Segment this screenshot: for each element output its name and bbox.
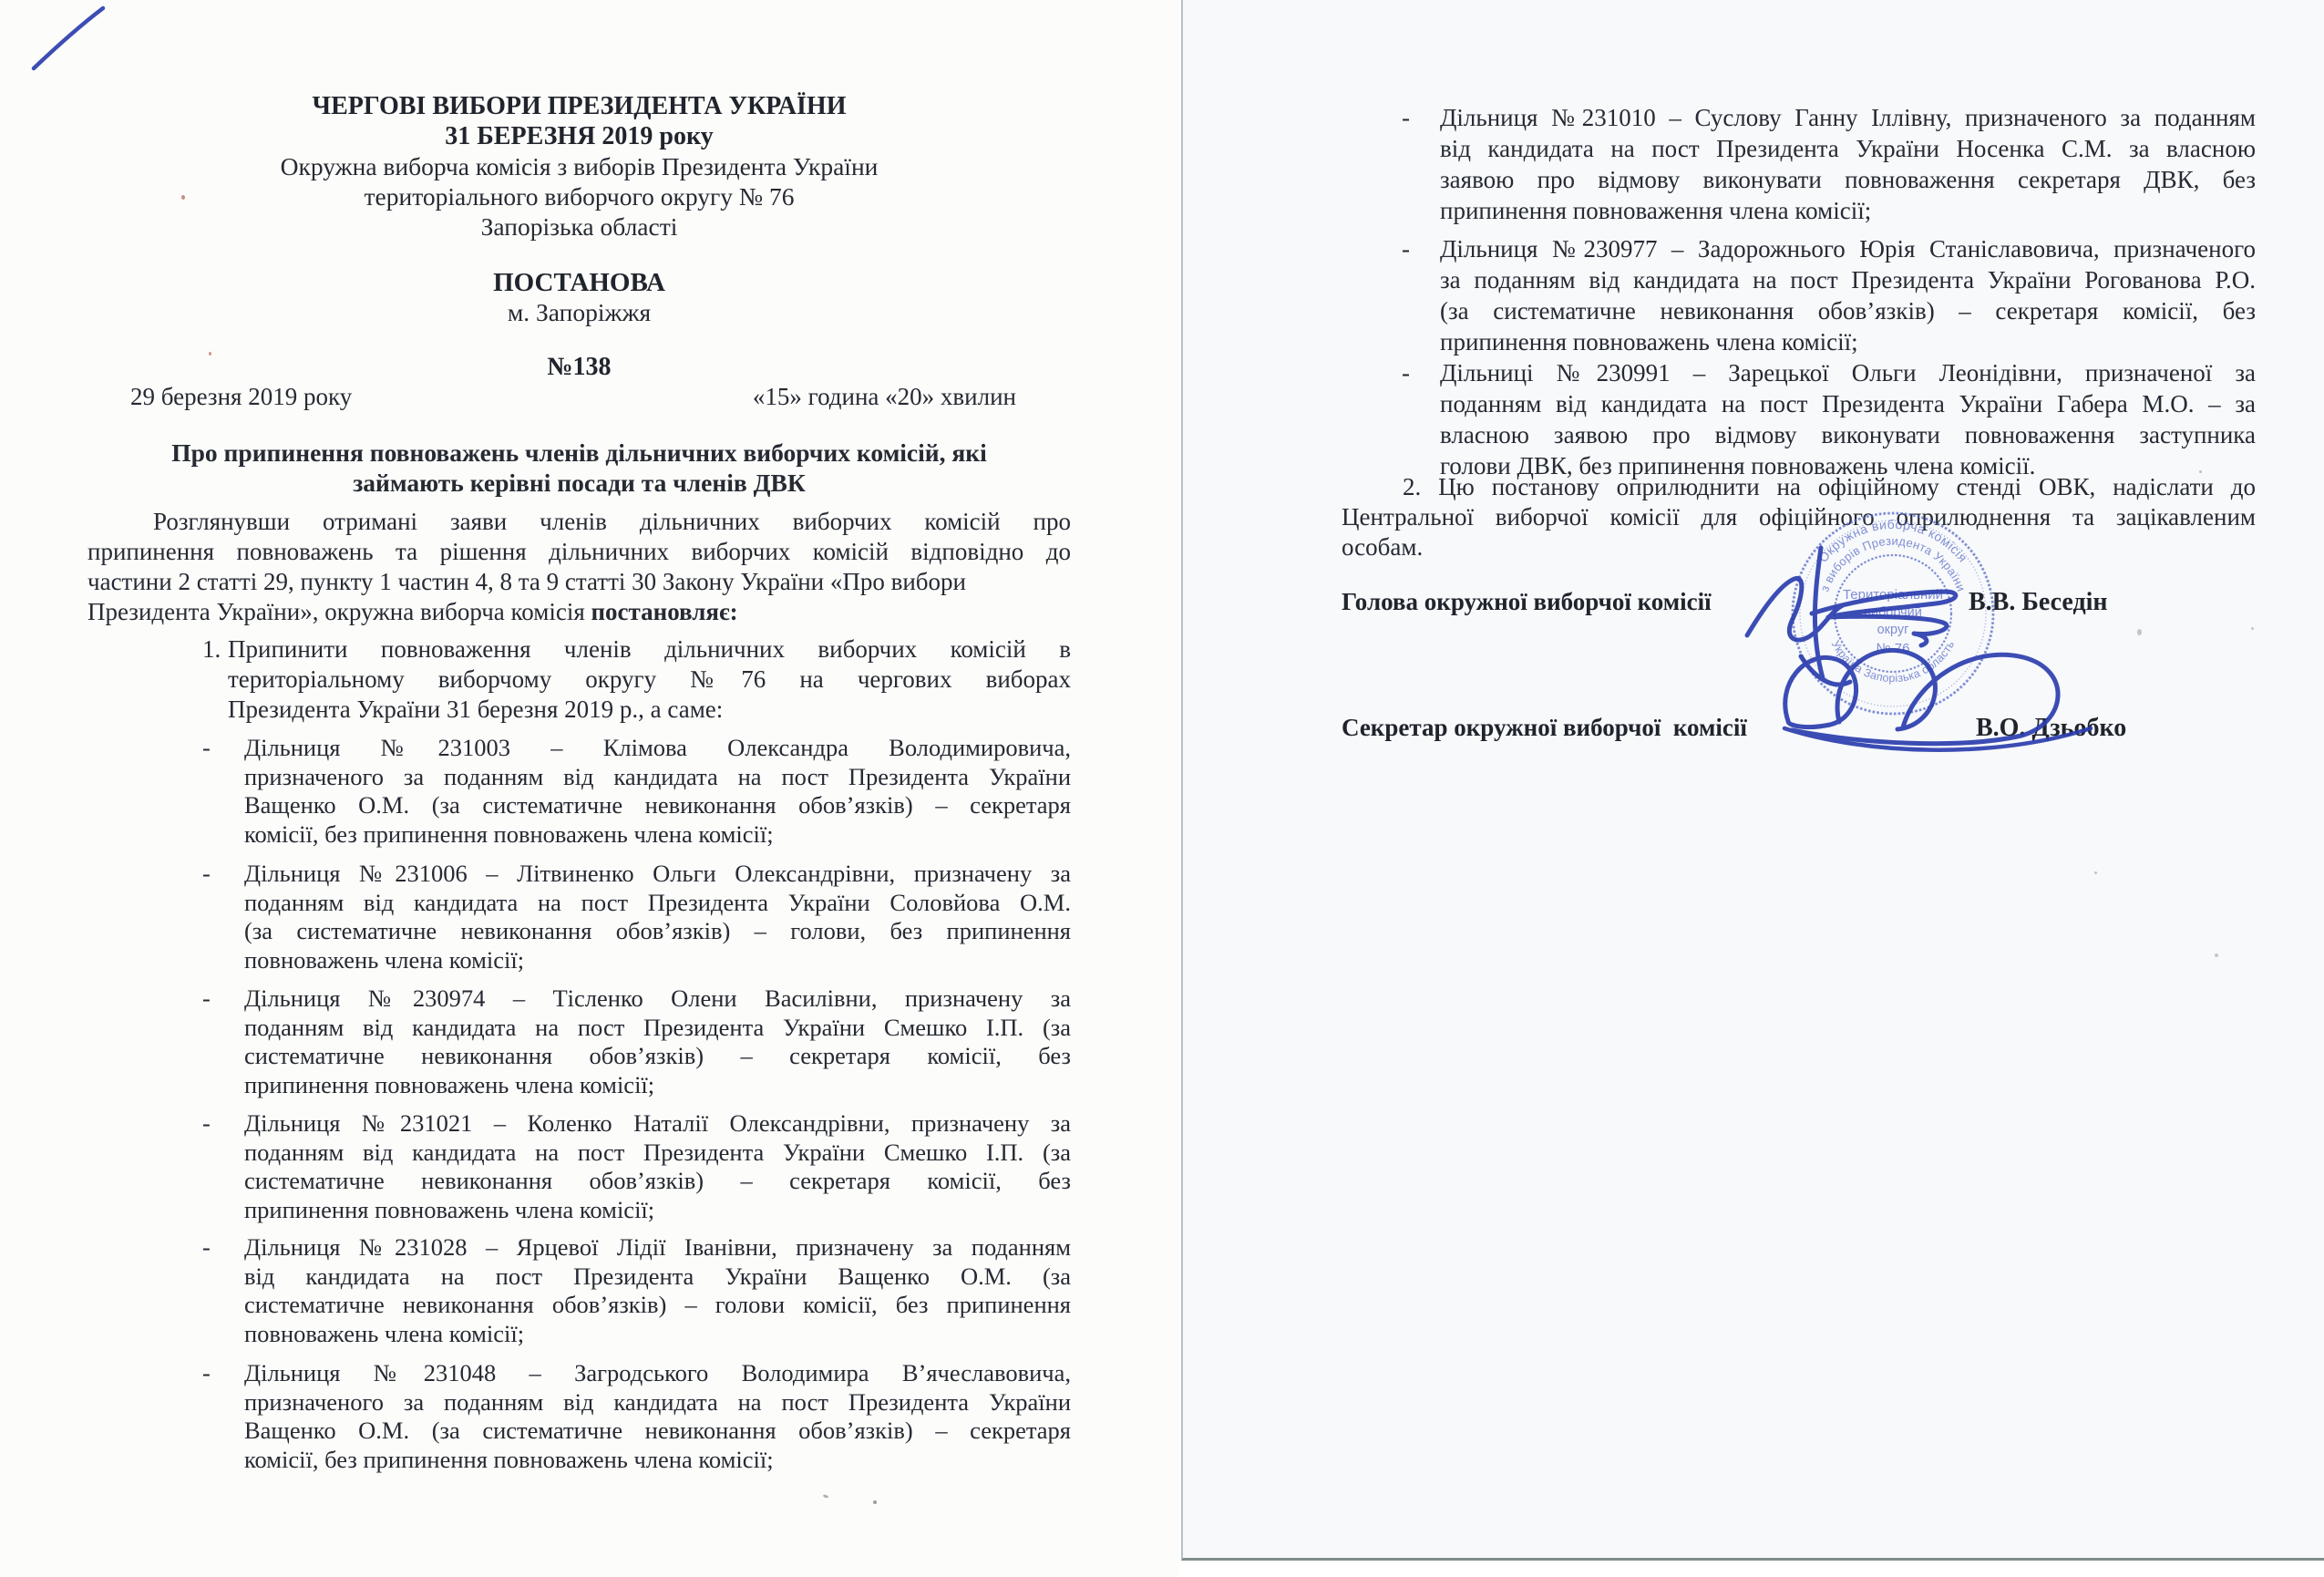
list-dash: - xyxy=(1402,102,1410,133)
precinct-bullet-231003: - Дільниця №231003 – Клімова Олександра … xyxy=(244,734,1071,849)
text-line: Ващенко О.М. (за систематичне невиконанн… xyxy=(244,1417,1071,1446)
city-line: м. Запоріжжя xyxy=(87,298,1071,327)
text-line: Дільниця №230974 – Тісленко Олени Василі… xyxy=(244,984,1071,1014)
text-line: поданням від кандидата на пост Президент… xyxy=(244,1139,1071,1168)
text-line: від кандидата на пост Президента України… xyxy=(244,1263,1071,1292)
resolves-word: постановляє: xyxy=(591,598,738,625)
decree-item-1: 1. Припинити повноваження членів дільнич… xyxy=(228,634,1071,725)
scan-speck xyxy=(873,1500,877,1504)
text-line: Дільниця №231028 – Ярцевої Лідії Іванівн… xyxy=(244,1233,1071,1263)
page-1: ЧЕРГОВІ ВИБОРИ ПРЕЗИДЕНТА УКРАЇНИ 31 БЕР… xyxy=(0,0,1179,1577)
text-line: систематичне невиконання обов’язків) – с… xyxy=(244,1042,1071,1071)
stamp-center-text: Територіальний виборчий округ № 76 xyxy=(1843,587,1943,656)
text-line: частини 2 статті 29, пункту 1 частин 4, … xyxy=(87,567,1071,597)
chairman-title: Голова окружної виборчої комісії xyxy=(1342,588,1712,615)
date-time-row: 29 березня 2019 року «15» година «20» хв… xyxy=(87,383,1071,411)
text-line: Ващенко О.М. (за систематичне невиконанн… xyxy=(244,791,1071,820)
precinct-bullet-230977: - Дільниця №230977 – Задорожнього Юрія С… xyxy=(1440,233,2256,357)
election-title-line: ЧЕРГОВІ ВИБОРИ ПРЕЗИДЕНТА УКРАЇНИ xyxy=(87,91,1071,121)
text-line: Припинити повноваження членів дільничних… xyxy=(228,634,1071,665)
doc-type-title: ПОСТАНОВА xyxy=(87,268,1071,298)
district-line: територіального виборчого округу № 76 xyxy=(87,181,1071,211)
resolution-date: 29 березня 2019 року xyxy=(130,383,352,411)
text-line: Президента України», окружна виборча ком… xyxy=(87,597,1071,627)
text-line: повноважень члена комісії; xyxy=(244,946,1071,975)
text-line: поданням від кандидата на пост Президент… xyxy=(244,1014,1071,1043)
secretary-title: Секретар окружної виборчої комісії xyxy=(1342,714,1747,741)
scanned-document: ЧЕРГОВІ ВИБОРИ ПРЕЗИДЕНТА УКРАЇНИ 31 БЕР… xyxy=(0,0,2324,1577)
text-line: за поданням від кандидата на пост Презид… xyxy=(1440,264,2256,295)
text-line: припинення повноважень члена комісії; xyxy=(244,1196,1071,1225)
doc-header: ЧЕРГОВІ ВИБОРИ ПРЕЗИДЕНТА УКРАЇНИ 31 БЕР… xyxy=(87,91,1071,242)
text-line: припинення повноваження члена комісії; xyxy=(1440,195,2256,226)
region-line: Запорізька області xyxy=(87,211,1071,242)
precinct-bullet-231028: - Дільниця №231028 – Ярцевої Лідії Івані… xyxy=(244,1233,1071,1348)
text-line: припинення повноважень члена комісії; xyxy=(1440,326,2256,357)
text-line: припинення повноважень та рішення дільни… xyxy=(87,537,1071,567)
list-dash: - xyxy=(202,1233,211,1263)
item-number: 1. xyxy=(202,634,221,665)
text-line: комісії, без припинення повноважень член… xyxy=(244,1446,1071,1475)
resolution-number: №138 xyxy=(87,353,1071,382)
list-dash: - xyxy=(202,734,211,763)
text-line: систематичне невиконання обов’язків) – г… xyxy=(244,1291,1071,1320)
list-dash: - xyxy=(202,1359,211,1388)
scan-speck xyxy=(2251,627,2254,630)
scan-speck xyxy=(2094,871,2097,874)
text-line: територіальному виборчому округу №76 на … xyxy=(228,665,1071,695)
page-2: - Дільниця №231010 – Суслову Ганну Іллів… xyxy=(1181,0,2324,1561)
text-line: поданням від кандидата на пост Президент… xyxy=(244,889,1071,918)
text-line: Дільниця №231010 – Суслову Ганну Іллівну… xyxy=(1440,102,2256,133)
text-line: комісії, без припинення повноважень член… xyxy=(244,820,1071,850)
subject-title: Про припинення повноважень членів дільни… xyxy=(87,438,1071,498)
text-line: (за систематичне невиконання обов’язків)… xyxy=(244,917,1071,946)
precinct-bullet-231021: - Дільниця №231021 – Коленко Наталії Оле… xyxy=(244,1109,1071,1224)
text-line: повноважень члена комісії; xyxy=(244,1320,1071,1349)
text-line: Дільниця №231021 – Коленко Наталії Олекс… xyxy=(244,1109,1071,1139)
text-line: призначеного за поданням від кандидата н… xyxy=(244,763,1071,792)
text-line: Дільниці №230991 – Зарецької Ольги Леоні… xyxy=(1440,357,2256,388)
list-dash: - xyxy=(1402,357,1410,388)
text-line: поданням від кандидата на пост Президент… xyxy=(1440,388,2256,419)
precinct-bullet-230991: - Дільниці №230991 – Зарецької Ольги Лео… xyxy=(1440,357,2256,481)
text-line: систематичне невиконання обов’язків) – с… xyxy=(244,1167,1071,1196)
list-dash: - xyxy=(202,984,211,1014)
text-line: Дільниця №231048 – Загродського Володими… xyxy=(244,1359,1071,1388)
stamp-center-line: виборчий xyxy=(1864,605,1922,620)
subject-line: займають керівні посади та членів ДВК xyxy=(87,468,1071,498)
precinct-bullet-230974: - Дільниця №230974 – Тісленко Олени Васи… xyxy=(244,984,1071,1099)
list-dash: - xyxy=(1402,233,1410,264)
text-line: Дільниця №231006 – Літвиненко Ольги Олек… xyxy=(244,860,1071,889)
scan-speck xyxy=(181,195,185,200)
resolution-time: «15» година «20» хвилин xyxy=(753,383,1016,411)
stamp-center-line: № 76 xyxy=(1877,641,1910,656)
text-line: від кандидата на пост Президента України… xyxy=(1440,133,2256,164)
text-line: заявою про відмову виконувати повноважен… xyxy=(1440,164,2256,195)
precinct-bullet-231010: - Дільниця №231010 – Суслову Ганну Іллів… xyxy=(1440,102,2256,226)
list-dash: - xyxy=(202,1109,211,1139)
text-line: Розглянувши отримані заяви членів дільни… xyxy=(87,507,1071,537)
scan-speck xyxy=(209,352,211,356)
precinct-bullet-231048: - Дільниця №231048 – Загродського Володи… xyxy=(244,1359,1071,1474)
text-line: припинення повноважень члена комісії; xyxy=(244,1071,1071,1100)
text-line: власною заявою про відмову виконувати по… xyxy=(1440,419,2256,450)
election-date-line: 31 БЕРЕЗНЯ 2019 року xyxy=(87,121,1071,151)
text-line: Дільниця №231003 – Клімова Олександра Во… xyxy=(244,734,1071,763)
scan-speck xyxy=(2199,470,2202,473)
preamble-tail: Президента України», окружна виборча ком… xyxy=(87,598,591,625)
stamp-center-line: Територіальний xyxy=(1843,587,1943,603)
text-line: (за систематичне невиконання обов’язків)… xyxy=(1440,295,2256,326)
stamp-center-line: округ xyxy=(1877,623,1909,637)
commission-line: Окружна виборча комісія з виборів Презид… xyxy=(87,151,1071,181)
text-line: Дільниця №230977 – Задорожнього Юрія Ста… xyxy=(1440,233,2256,264)
text-line: призначеного за поданням від кандидата н… xyxy=(244,1388,1071,1417)
list-dash: - xyxy=(202,860,211,889)
preamble-paragraph: Розглянувши отримані заяви членів дільни… xyxy=(87,507,1071,627)
scan-speck xyxy=(2215,953,2218,957)
scan-speck xyxy=(2137,629,2142,635)
official-stamp: Окружна виборча комісія з виборів Презид… xyxy=(1776,497,2010,730)
text-line: Президента України 31 березня 2019 р., а… xyxy=(228,695,1071,725)
precinct-bullet-231006: - Дільниця №231006 – Літвиненко Ольги Ол… xyxy=(244,860,1071,974)
subject-line: Про припинення повноважень членів дільни… xyxy=(87,438,1071,468)
